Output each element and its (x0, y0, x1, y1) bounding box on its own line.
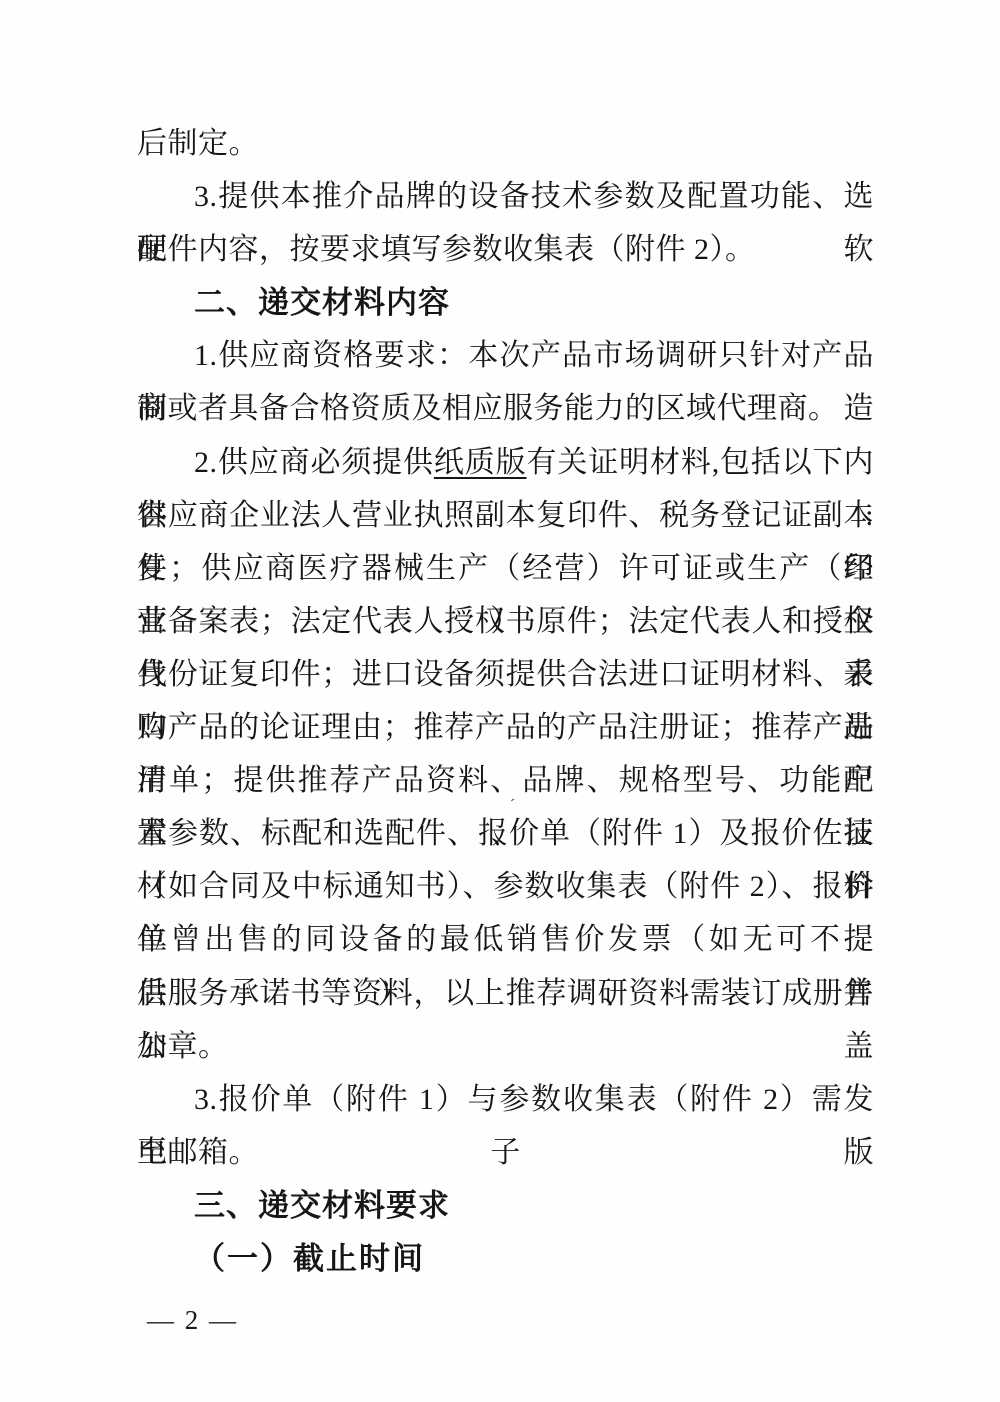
paragraph-line: 业备案表；法定代表人授权书原件；法定代表人和授权代表 (137, 595, 874, 648)
paragraph-line: 3.报价单（附件 1）与参数收集表（附件 2）需发电子版 (137, 1073, 874, 1126)
paragraph-line-with-underline: 2.供应商必须提供纸质版有关证明材料,包括以下内容: (137, 436, 874, 489)
scanned-document-page: { "page": { "number": "2", "footer_displ… (0, 0, 1000, 1402)
document-page: 后制定。 3.提供本推介品牌的设备技术参数及配置功能、选配软 硬件内容，按要求填… (0, 0, 1000, 1402)
paragraph-line: 3.提供本推介品牌的设备技术参数及配置功能、选配软 (137, 170, 874, 223)
underlined-text: 纸质版 (434, 446, 527, 479)
paragraph-line: 口产品的论证理由；推荐产品的产品注册证；推荐产品用户 (137, 701, 874, 754)
paragraph-line: 身份证复印件；进口设备须提供合法进口证明材料、采购进 (137, 648, 874, 701)
section-heading-3: 三、递交材料要求 (137, 1179, 874, 1232)
paragraph-line: 后服务承诺书等资料，以上推荐调研资料需装订成册并加盖 (137, 967, 874, 1020)
paragraph-line: 供应商企业法人营业执照副本复印件、税务登记证副本复印 (137, 489, 874, 542)
paragraph-line: 术参数、标配和选配件、报价单（附件 1）及报价佐证材料 (137, 807, 874, 860)
page-number: — 2 — (147, 1303, 238, 1337)
paragraph-line: 位曾出售的同设备的最低销售价发票（如无可不提供）、售 (137, 913, 874, 966)
text-segment: 2.供应商必须提供 (194, 446, 434, 479)
paragraph-line: 件；供应商医疗器械生产（经营）许可证或生产（经营）企 (137, 542, 874, 595)
paragraph-line: 清单；提供推荐产品资料、品牌、规格型号、功能配置、技 (137, 754, 874, 807)
paragraph-line: 1.供应商资格要求：本次产品市场调研只针对产品制造 (137, 329, 874, 382)
section-heading-2: 二、递交材料内容 (137, 276, 874, 329)
document-body: 后制定。 3.提供本推介品牌的设备技术参数及配置功能、选配软 硬件内容，按要求填… (137, 117, 874, 1285)
subsection-heading-1: （一）截止时间 (137, 1232, 874, 1285)
paragraph-line: （如合同及中标通知书）、参数收集表（附件 2）、报价单 (137, 860, 874, 913)
paragraph-line: 商或者具备合格资质及相应服务能力的区域代理商。 (137, 382, 874, 435)
paragraph-line: 后制定。 (137, 117, 874, 170)
